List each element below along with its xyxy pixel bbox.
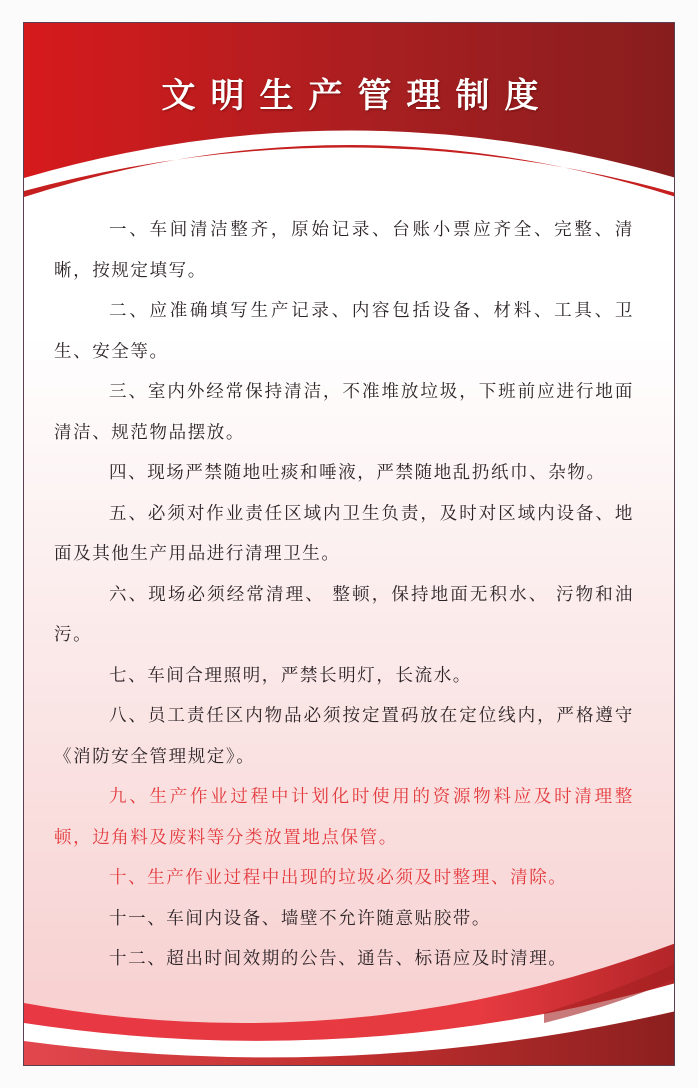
rule-item-8: 八、员工责任区内物品必须按定置码放在定位线内，严格遵守《消防安全管理规定》。 [54,696,634,777]
rule-item-3: 三、室内外经常保持清洁，不准堆放垃圾，下班前应进行地面清洁、规范物品摆放。 [54,372,634,453]
rule-item-1: 一、车间清洁整齐，原始记录、台账小票应齐全、完整、清晰，按规定填写。 [54,210,634,291]
poster-title: 文明生产管理制度 [24,68,675,117]
rule-item-5: 五、必须对作业责任区域内卫生负责，及时对区域内设备、地面及其他生产用品进行清理卫… [54,494,634,575]
rule-item-7: 七、车间合理照明，严禁长明灯，长流水。 [54,656,634,697]
rule-item-4: 四、现场严禁随地吐痰和唾液，严禁随地乱扔纸巾、杂物。 [54,453,634,494]
rule-item-6: 六、现场必须经常清理、 整顿，保持地面无积水、 污物和油污。 [54,575,634,656]
rule-item-9-highlighted: 九、生产作业过程中计划化时使用的资源物料应及时清理整顿，边角料及废料等分类放置地… [54,777,634,858]
rule-item-12: 十二、超出时间效期的公告、通告、标语应及时清理。 [54,939,634,980]
poster-panel: 文明生产管理制度 一、车间清洁整齐，原始记录、台账小票应齐全、完整、清晰，按规定… [23,22,675,1066]
rule-item-10-highlighted: 十、生产作业过程中出现的垃圾必须及时整理、清除。 [54,858,634,899]
rule-item-11: 十一、车间内设备、墙壁不允许随意贴胶带。 [54,899,634,940]
rules-list: 一、车间清洁整齐，原始记录、台账小票应齐全、完整、清晰，按规定填写。 二、应准确… [54,210,634,980]
rule-item-2: 二、应准确填写生产记录、内容包括设备、材料、工具、卫生、安全等。 [54,291,634,372]
